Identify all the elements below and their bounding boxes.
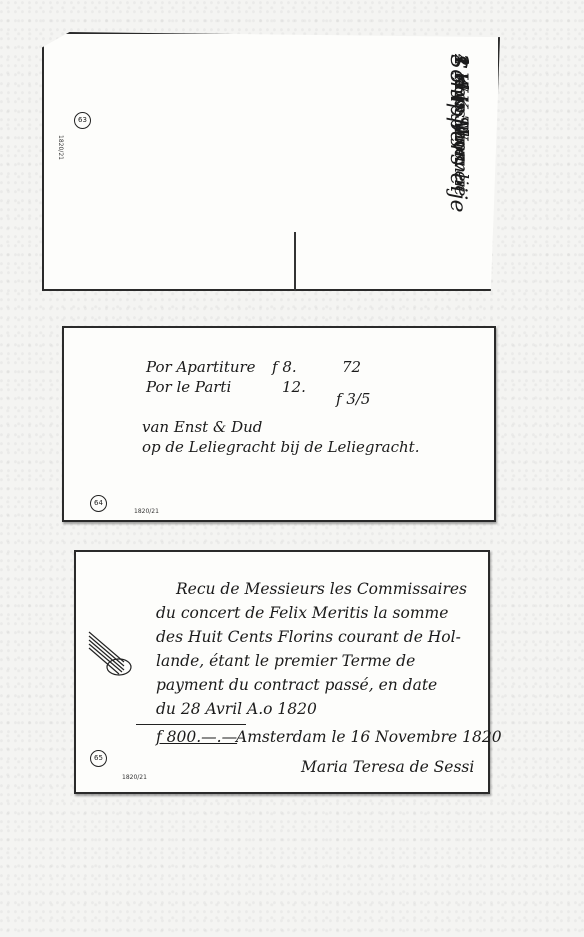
line-value: 72 bbox=[342, 358, 361, 376]
body-line: Recu de Messieurs les Commissaires bbox=[176, 580, 467, 598]
page-number-stamp: 64 bbox=[90, 495, 107, 512]
body-line: du 28 Avril A.o 1820 bbox=[156, 700, 317, 718]
flourish-mark bbox=[84, 622, 134, 682]
line-amount: f 8. bbox=[272, 358, 297, 376]
archive-reference: 1820/21 bbox=[57, 135, 64, 160]
signature: Maria Teresa de Sessi bbox=[301, 758, 474, 776]
archive-reference: 1820/21 bbox=[134, 508, 159, 515]
page-number-stamp: 65 bbox=[90, 750, 107, 767]
amount: f 800.—.— bbox=[156, 728, 237, 746]
line-amount: 12. bbox=[282, 378, 306, 396]
body-line: lande, étant le premier Terme de bbox=[156, 652, 415, 670]
line-label: Por le Parti bbox=[146, 378, 231, 396]
body-line: du concert de Felix Meritis la somme bbox=[156, 604, 448, 622]
signature-rule bbox=[294, 232, 296, 292]
total: f 3/5 bbox=[336, 390, 370, 408]
receipt-slip-3: Recu de Messieurs les Commissaires du co… bbox=[74, 550, 490, 794]
page-number-stamp: 63 bbox=[74, 112, 91, 129]
receipt-slip-2: Por Apartiture f 8. 72 Por le Parti 12. … bbox=[62, 326, 496, 522]
amount-rule bbox=[136, 724, 246, 725]
receipt-slip-1: 63 1820/21 2 Wyn Wyn. 2 Kop Sho 1 = Ks f… bbox=[42, 32, 500, 291]
body-line: des Huit Cents Florins courant de Hol- bbox=[156, 628, 461, 646]
line-label: Por Apartiture bbox=[146, 358, 256, 376]
archive-reference: 1820/21 bbox=[122, 774, 147, 781]
merchant-address: op de Leliegracht bij de Leliegracht. bbox=[142, 438, 419, 456]
signature: Schippers eije bbox=[444, 54, 470, 212]
merchant-name: van Enst & Dud bbox=[142, 418, 262, 436]
body-line: payment du contract passé, en date bbox=[156, 676, 437, 694]
place-date: Amsterdam le 16 Novembre 1820 bbox=[236, 728, 502, 746]
